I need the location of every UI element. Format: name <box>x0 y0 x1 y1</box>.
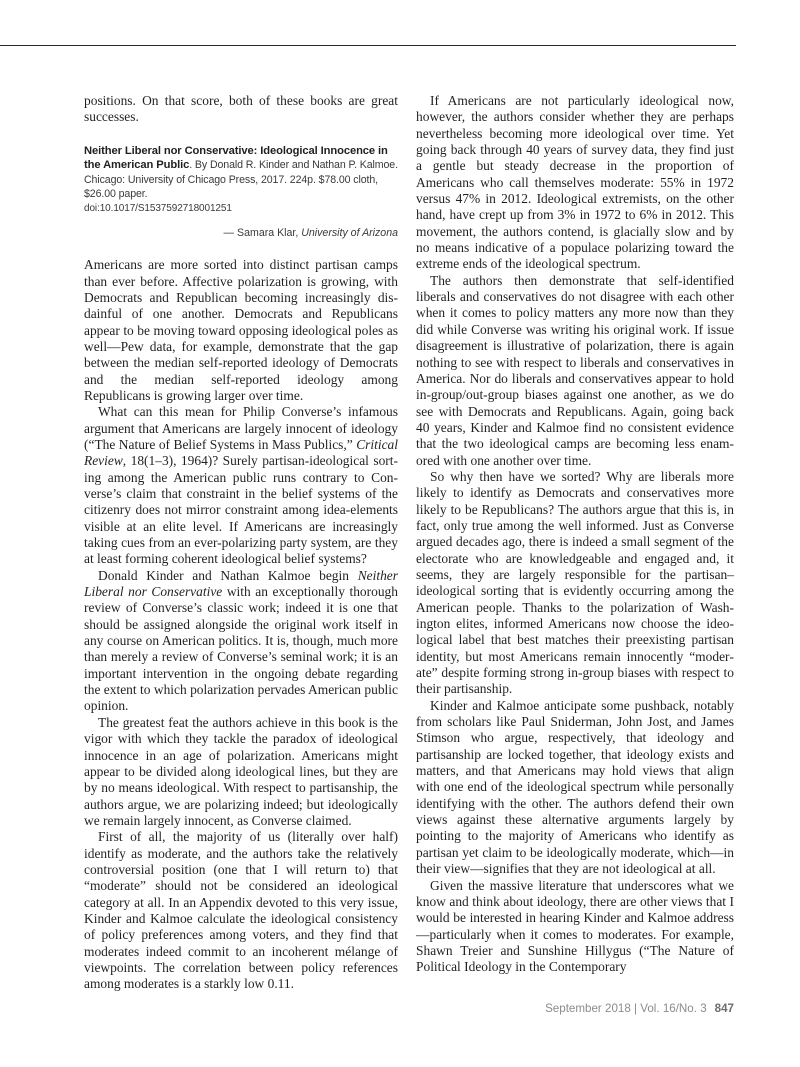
body-paragraph: What can this mean for Philip Converse’s… <box>84 404 398 567</box>
paragraph-text: What can this mean for Philip Converse’s… <box>84 404 398 452</box>
body-paragraph: Americans are more sorted into distinct … <box>84 257 398 404</box>
reviewer-affiliation: University of Arizona <box>301 227 398 239</box>
page-number: 847 <box>715 1002 734 1015</box>
header-rule <box>0 45 736 46</box>
body-paragraph: The authors then demonstrate that self-i… <box>416 273 734 469</box>
body-paragraph: If Americans are not particularly ideolo… <box>416 93 734 273</box>
issue-info: September 2018 | Vol. 16/No. 3 <box>545 1002 707 1015</box>
book-doi[interactable]: doi:10.1017/S1537592718001251 <box>84 202 398 217</box>
book-citation: Neither Liberal nor Conservative: Ideolo… <box>84 144 398 217</box>
paragraph-text: Donald Kinder and Nathan Kalmoe begin <box>98 568 358 583</box>
body-paragraph: Given the massive literature that unders… <box>416 878 734 976</box>
paragraph-text: , 18(1–3), 1964)? Surely partisan-ideolo… <box>84 453 398 566</box>
body-paragraph: So why then have we sorted? Why are libe… <box>416 469 734 698</box>
right-column: If Americans are not particularly ideolo… <box>416 93 734 976</box>
body-paragraph: The greatest feat the authors achieve in… <box>84 715 398 829</box>
left-column: positions. On that score, both of these … <box>84 93 398 993</box>
page-footer: September 2018 | Vol. 16/No. 3847 <box>545 1002 734 1015</box>
paragraph-text: with an exceptionally thorough review of… <box>84 584 398 713</box>
reviewer-name: — Samara Klar, <box>224 227 302 239</box>
reviewer-byline: — Samara Klar, University of Arizona <box>84 226 398 240</box>
body-paragraph: First of all, the majority of us (litera… <box>84 829 398 992</box>
body-paragraph: Kinder and Kalmoe anticipate some pushba… <box>416 698 734 878</box>
lead-paragraph: positions. On that score, both of these … <box>84 93 398 126</box>
body-paragraph: Donald Kinder and Nathan Kalmoe begin Ne… <box>84 568 398 715</box>
